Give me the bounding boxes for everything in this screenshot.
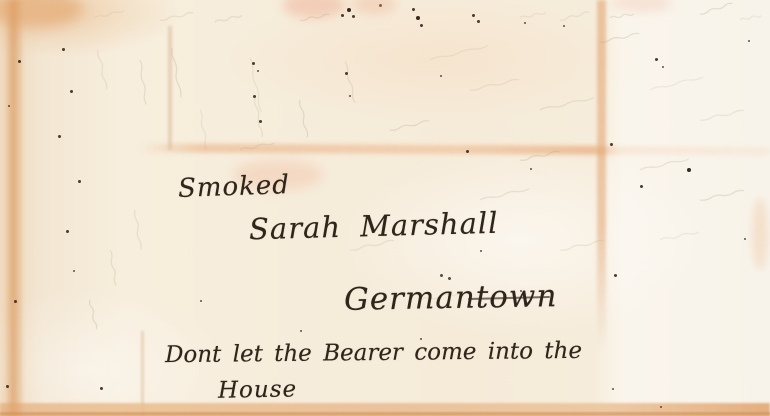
ghost-stroke — [560, 240, 604, 252]
ghost-stroke — [520, 151, 560, 161]
ghost-stroke — [600, 33, 640, 43]
ghost-stroke — [660, 231, 700, 241]
ghost-stroke — [650, 76, 704, 91]
handwritten-note-line-2: House — [218, 376, 298, 403]
handwritten-annotation: Smoked — [178, 170, 291, 204]
ghost-stroke — [160, 12, 194, 21]
handwritten-note-line-1: Dont let the Bearer come into the — [165, 338, 582, 368]
ghost-stroke — [700, 110, 744, 122]
ghost-stroke — [344, 62, 356, 103]
ghost-stroke — [95, 9, 125, 19]
ghost-stroke — [171, 48, 182, 98]
ghost-stroke — [700, 190, 744, 202]
pen-dot — [448, 277, 451, 280]
ghost-stroke — [430, 44, 489, 61]
ghost-stroke — [299, 100, 308, 138]
ghost-stroke — [134, 210, 142, 250]
ghost-stroke — [610, 13, 634, 19]
ghost-stroke — [249, 58, 263, 112]
ghost-stroke — [109, 250, 117, 286]
ghost-stroke — [480, 188, 529, 201]
ghost-stroke — [700, 2, 733, 15]
ghost-stroke — [89, 300, 97, 330]
ghost-stroke — [199, 110, 208, 150]
letter-scan: Smoked Sarah Marshall Germantown Dont le… — [0, 0, 770, 416]
ghost-stroke — [740, 14, 762, 21]
handwritten-recipient-name: Sarah Marshall — [249, 206, 499, 247]
ghost-stroke — [470, 79, 519, 92]
ghost-stroke — [215, 14, 243, 23]
ghost-stroke — [139, 60, 147, 105]
ghost-stroke — [560, 11, 590, 21]
pen-dot — [440, 274, 443, 277]
ghost-stroke — [300, 14, 330, 21]
ghost-stroke — [520, 12, 546, 20]
ghost-stroke — [540, 97, 594, 112]
ghost-stroke — [640, 158, 689, 171]
ghost-stroke — [97, 50, 107, 90]
ghost-stroke — [390, 120, 429, 131]
ghost-stroke — [240, 142, 275, 151]
